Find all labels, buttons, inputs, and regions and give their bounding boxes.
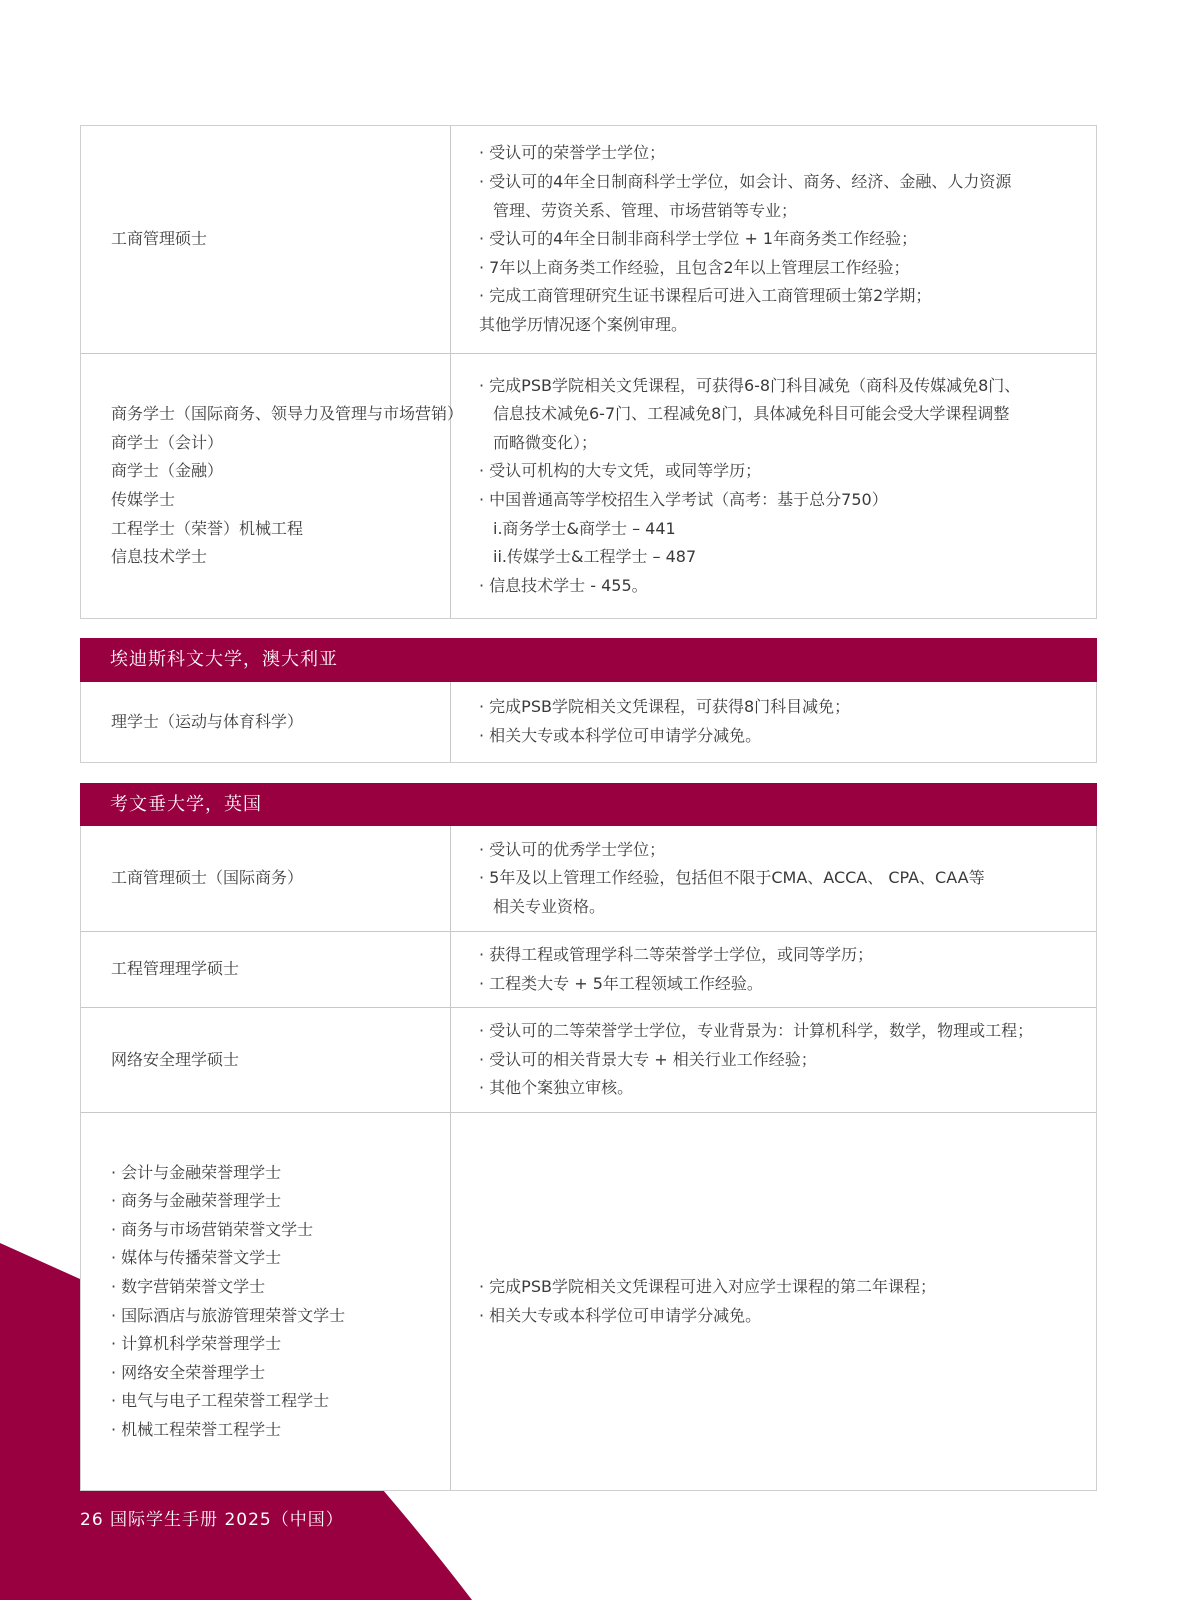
requirement-item: · 获得工程或管理学科二等荣誉学士学位，或同等学历； <box>479 941 1092 970</box>
program-name: · 商务与金融荣誉理学士 <box>111 1187 450 1216</box>
table-row: 工商管理硕士（国际商务） · 受认可的优秀学士学位；· 5年及以上管理工作经验，… <box>81 826 1096 931</box>
program-cell: 网络安全理学硕士 <box>81 1008 451 1112</box>
requirement-item: 管理、劳资关系、管理、市场营销等专业； <box>479 197 1092 226</box>
program-name: 工商管理硕士 <box>111 225 450 254</box>
program-name: 信息技术学士 <box>111 543 450 572</box>
requirement-item: · 中国普通高等学校招生入学考试（高考：基于总分750） <box>479 486 1092 515</box>
requirement-item: · 完成工商管理研究生证书课程后可进入工商管理硕士第2学期； <box>479 282 1092 311</box>
section-header-coventry: 考文垂大学，英国 <box>80 783 1097 827</box>
requirement-item: · 完成PSB学院相关文凭课程，可获得8门科目减免； <box>479 693 1092 722</box>
program-name: · 国际酒店与旅游管理荣誉文学士 <box>111 1302 450 1331</box>
requirement-item: · 5年及以上管理工作经验，包括但不限于CMA、ACCA、 CPA、CAA等 <box>479 864 1092 893</box>
program-name: 商学士（会计） <box>111 429 450 458</box>
requirements-cell: · 完成PSB学院相关文凭课程可进入对应学士课程的第二年课程；· 相关大专或本科… <box>451 1113 1096 1490</box>
requirement-item: · 完成PSB学院相关文凭课程，可获得6-8门科目减免（商科及传媒减免8门、 <box>479 372 1092 401</box>
publication-title: 国际学生手册 2025（中国） <box>110 1510 344 1530</box>
program-name: 商务学士（国际商务、领导力及管理与市场营销） <box>111 400 450 429</box>
requirements-cell: · 受认可的荣誉学士学位；· 受认可的4年全日制商科学士学位，如会计、商务、经济… <box>451 126 1096 353</box>
requirement-item: ii.传媒学士&工程学士 – 487 <box>479 543 1092 572</box>
requirement-item: 其他学历情况逐个案例审理。 <box>479 311 1092 340</box>
program-name: 传媒学士 <box>111 486 450 515</box>
program-name: 工程管理理学硕士 <box>111 955 450 984</box>
program-name: 网络安全理学硕士 <box>111 1046 450 1075</box>
page-number: 26 <box>80 1510 104 1530</box>
requirement-item: · 其他个案独立审核。 <box>479 1074 1092 1103</box>
requirement-item: 而略微变化）； <box>479 429 1092 458</box>
requirement-item: · 受认可的4年全日制非商科学士学位 + 1年商务类工作经验； <box>479 225 1092 254</box>
requirement-item: · 7年以上商务类工作经验，且包含2年以上管理层工作经验； <box>479 254 1092 283</box>
program-name: · 数字营销荣誉文学士 <box>111 1273 450 1302</box>
requirement-item: · 受认可的4年全日制商科学士学位，如会计、商务、经济、金融、人力资源 <box>479 168 1092 197</box>
program-name: 工程学士（荣誉）机械工程 <box>111 515 450 544</box>
admission-table-ecu: 理学士（运动与体育科学） · 完成PSB学院相关文凭课程，可获得8门科目减免；·… <box>80 682 1097 763</box>
requirement-item: · 相关大专或本科学位可申请学分减免。 <box>479 1302 1092 1331</box>
requirement-item: · 受认可的优秀学士学位； <box>479 836 1092 865</box>
requirement-item: i.商务学士&商学士 – 441 <box>479 515 1092 544</box>
table-row: 理学士（运动与体育科学） · 完成PSB学院相关文凭课程，可获得8门科目减免；·… <box>81 682 1096 762</box>
requirement-item: · 工程类大专 + 5年工程领域工作经验。 <box>479 970 1092 999</box>
table-row: 工商管理硕士 · 受认可的荣誉学士学位；· 受认可的4年全日制商科学士学位，如会… <box>81 126 1096 353</box>
requirements-cell: · 完成PSB学院相关文凭课程，可获得8门科目减免；· 相关大专或本科学位可申请… <box>451 682 1096 762</box>
program-name: · 媒体与传播荣誉文学士 <box>111 1244 450 1273</box>
program-name: 商学士（金融） <box>111 457 450 486</box>
requirement-item: · 受认可的相关背景大专 + 相关行业工作经验； <box>479 1046 1092 1075</box>
program-cell: 工商管理硕士 <box>81 126 451 353</box>
program-cell: 工程管理理学硕士 <box>81 932 451 1007</box>
program-name: · 会计与金融荣誉理学士 <box>111 1159 450 1188</box>
requirements-cell: · 受认可的二等荣誉学士学位，专业背景为：计算机科学，数学，物理或工程；· 受认… <box>451 1008 1096 1112</box>
table-row: 工程管理理学硕士 · 获得工程或管理学科二等荣誉学士学位，或同等学历；· 工程类… <box>81 931 1096 1007</box>
section-header-ecu: 埃迪斯科文大学，澳大利亚 <box>80 638 1097 682</box>
program-name: 工商管理硕士（国际商务） <box>111 864 450 893</box>
table-row: 商务学士（国际商务、领导力及管理与市场营销）商学士（会计）商学士（金融）传媒学士… <box>81 353 1096 618</box>
requirement-item: 相关专业资格。 <box>479 893 1092 922</box>
program-name: · 商务与市场营销荣誉文学士 <box>111 1216 450 1245</box>
requirements-cell: · 完成PSB学院相关文凭课程，可获得6-8门科目减免（商科及传媒减免8门、信息… <box>451 354 1096 618</box>
requirement-item: · 受认可的二等荣誉学士学位，专业背景为：计算机科学，数学，物理或工程； <box>479 1017 1092 1046</box>
program-name: · 机械工程荣誉工程学士 <box>111 1416 450 1445</box>
program-cell: 工商管理硕士（国际商务） <box>81 826 451 931</box>
program-name: · 网络安全荣誉理学士 <box>111 1359 450 1388</box>
requirement-item: · 信息技术学士 - 455。 <box>479 572 1092 601</box>
requirement-item: · 受认可机构的大专文凭，或同等学历； <box>479 457 1092 486</box>
admission-table-continued: 工商管理硕士 · 受认可的荣誉学士学位；· 受认可的4年全日制商科学士学位，如会… <box>80 125 1097 619</box>
requirement-item: 信息技术减免6-7门、工程减免8门，具体减免科目可能会受大学课程调整 <box>479 400 1092 429</box>
requirements-cell: · 获得工程或管理学科二等荣誉学士学位，或同等学历；· 工程类大专 + 5年工程… <box>451 932 1096 1007</box>
program-cell: 理学士（运动与体育科学） <box>81 682 451 762</box>
program-name: · 电气与电子工程荣誉工程学士 <box>111 1387 450 1416</box>
program-cell: 商务学士（国际商务、领导力及管理与市场营销）商学士（会计）商学士（金融）传媒学士… <box>81 354 451 618</box>
admission-table-coventry: 工商管理硕士（国际商务） · 受认可的优秀学士学位；· 5年及以上管理工作经验，… <box>80 826 1097 1491</box>
table-row: 网络安全理学硕士 · 受认可的二等荣誉学士学位，专业背景为：计算机科学，数学，物… <box>81 1007 1096 1112</box>
program-name: 理学士（运动与体育科学） <box>111 708 450 737</box>
page-footer: 26 国际学生手册 2025（中国） <box>80 1505 344 1530</box>
program-name: · 计算机科学荣誉理学士 <box>111 1330 450 1359</box>
requirement-item: · 受认可的荣誉学士学位； <box>479 139 1092 168</box>
program-cell: · 会计与金融荣誉理学士· 商务与金融荣誉理学士· 商务与市场营销荣誉文学士· … <box>81 1113 451 1490</box>
requirement-item: · 相关大专或本科学位可申请学分减免。 <box>479 722 1092 751</box>
requirement-item: · 完成PSB学院相关文凭课程可进入对应学士课程的第二年课程； <box>479 1273 1092 1302</box>
table-row: · 会计与金融荣誉理学士· 商务与金融荣誉理学士· 商务与市场营销荣誉文学士· … <box>81 1112 1096 1490</box>
requirements-cell: · 受认可的优秀学士学位；· 5年及以上管理工作经验，包括但不限于CMA、ACC… <box>451 826 1096 931</box>
